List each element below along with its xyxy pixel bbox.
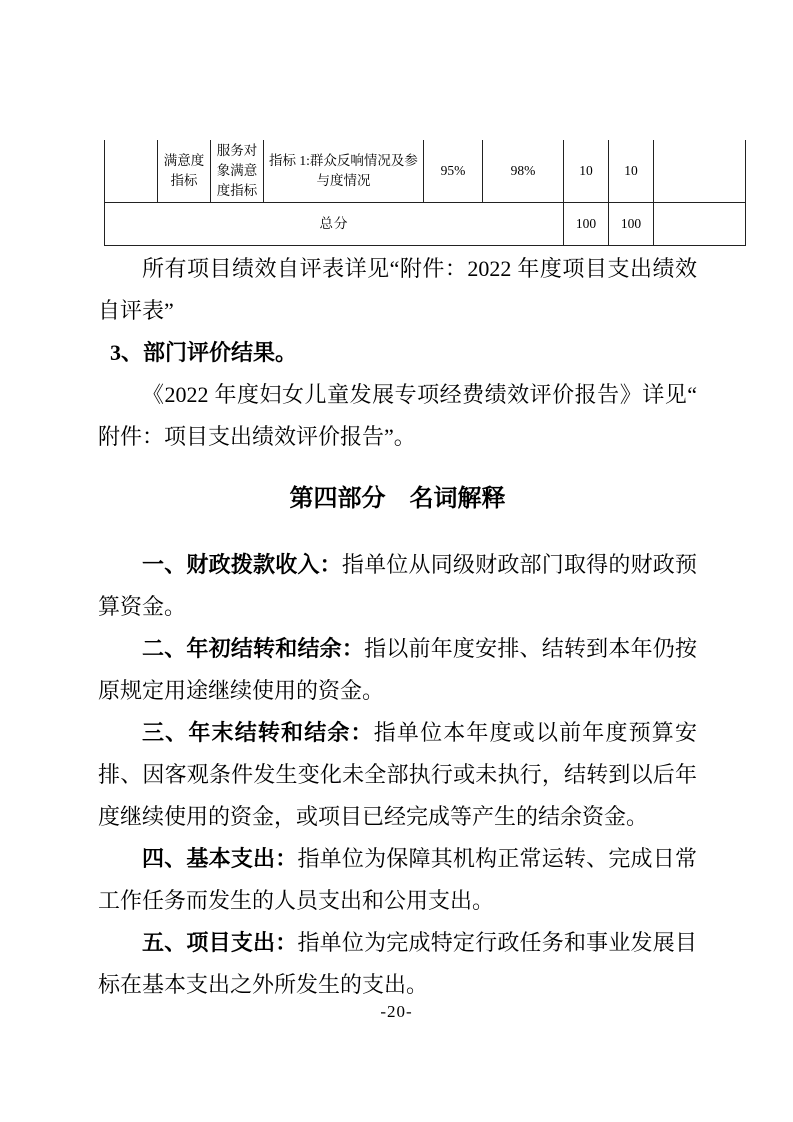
subheading-dept-evaluation: 3、部门评价结果。 (98, 332, 697, 374)
definition-yearend-carryover: 三、年末结转和结余：指单位本年度或以前年度预算安排、因客观条件发生变化未全部执行… (98, 712, 697, 838)
definition-basic-expenditure: 四、基本支出：指单位为保障其机构正常运转、完成日常工作任务而发生的人员支出和公用… (98, 838, 697, 922)
cell-indicator-subcategory: 服务对象满意度指标 (211, 140, 264, 202)
cell-total-blank-right (654, 202, 746, 245)
cell-blank-left (105, 140, 158, 202)
section-heading-part4: 第四部分 名词解释 (98, 482, 697, 516)
definition-fiscal-appropriation: 一、财政拨款收入：指单位从同级财政部门取得的财政预算资金。 (98, 544, 697, 628)
table-row-satisfaction: 满意度指标 服务对象满意度指标 指标 1:群众反响情况及参与度情况 95% 98… (105, 140, 746, 202)
definition-term: 四、基本支出： (142, 846, 297, 871)
cell-total-weight: 100 (564, 202, 609, 245)
cell-total-label: 总分 (105, 202, 564, 245)
paragraph-report-note: 《2022 年度妇女儿童发展专项经费绩效评价报告》详见“ 附件：项目支出绩效评价… (98, 374, 697, 458)
table-row-total: 总分 100 100 (105, 202, 746, 245)
page-number: -20- (0, 1002, 793, 1022)
cell-actual-value: 98% (483, 140, 564, 202)
definition-beginning-carryover: 二、年初结转和结余：指以前年度安排、结转到本年仍按原规定用途继续使用的资金。 (98, 628, 697, 712)
cell-total-score: 100 (609, 202, 654, 245)
document-page: 满意度指标 服务对象满意度指标 指标 1:群众反响情况及参与度情况 95% 98… (0, 0, 793, 1122)
definition-project-expenditure: 五、项目支出：指单位为完成特定行政任务和事业发展目标在基本支出之外所发生的支出。 (98, 922, 697, 1006)
cell-score: 10 (609, 140, 654, 202)
cell-indicator-name: 指标 1:群众反响情况及参与度情况 (264, 140, 424, 202)
cell-target-value: 95% (424, 140, 483, 202)
cell-weight: 10 (564, 140, 609, 202)
cell-blank-right (654, 140, 746, 202)
definition-term: 五、项目支出： (142, 930, 297, 955)
document-body: 所有项目绩效自评表详见“附件：2022 年度项目支出绩效自评表” 3、部门评价结… (98, 248, 697, 1006)
paragraph-attachment-note: 所有项目绩效自评表详见“附件：2022 年度项目支出绩效自评表” (98, 248, 697, 332)
performance-table: 满意度指标 服务对象满意度指标 指标 1:群众反响情况及参与度情况 95% 98… (104, 140, 746, 246)
cell-indicator-category: 满意度指标 (158, 140, 211, 202)
definition-term: 二、年初结转和结余： (142, 636, 364, 661)
definition-term: 一、财政拨款收入： (142, 552, 342, 577)
definition-term: 三、年末结转和结余： (142, 720, 374, 745)
